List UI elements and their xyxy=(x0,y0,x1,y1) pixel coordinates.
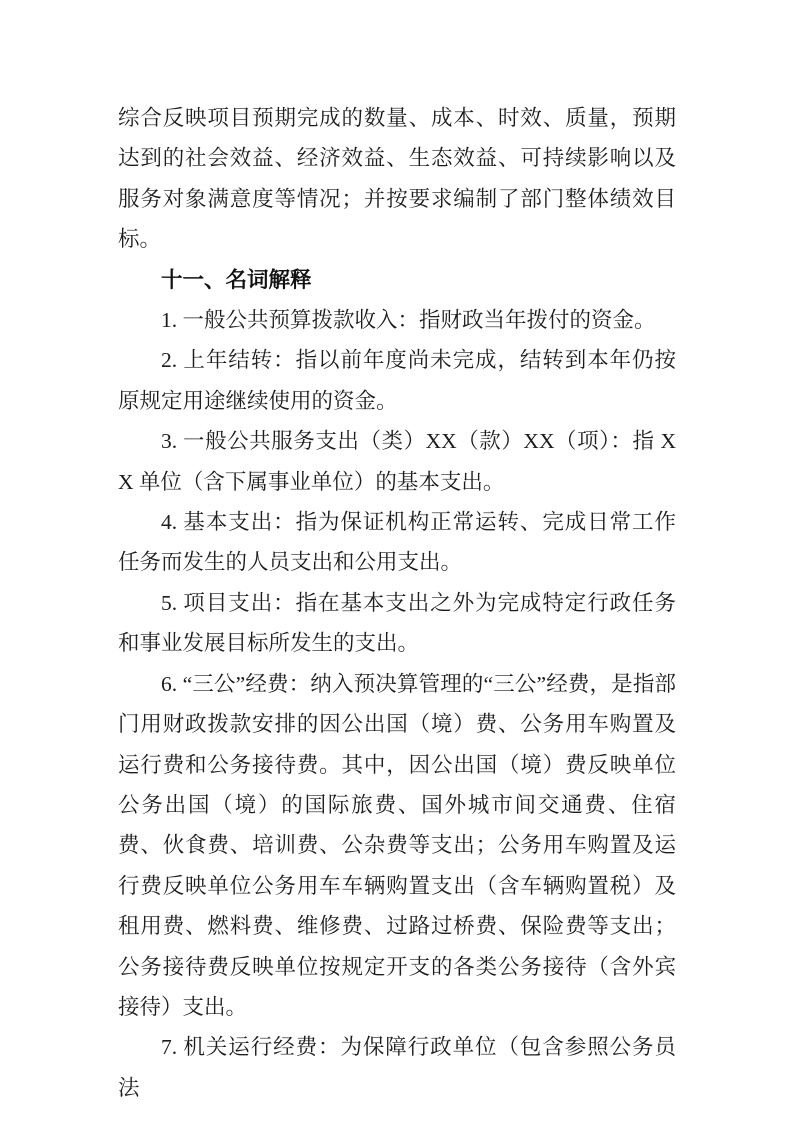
term-definition-7: 7. 机关运行经费：为保障行政单位（包含参照公务员法 xyxy=(118,1027,676,1108)
document-page: 综合反映项目预期完成的数量、成本、时效、质量，预期达到的社会效益、经济效益、生态… xyxy=(0,0,793,1122)
terms-list: 1. 一般公共预算拨款收入：指财政当年拨付的资金。 2. 上年结转：指以前年度尚… xyxy=(118,300,676,1108)
section-heading: 十一、名词解释 xyxy=(118,260,676,300)
term-definition-5: 5. 项目支出：指在基本支出之外为完成特定行政任务和事业发展目标所发生的支出。 xyxy=(118,583,676,664)
continuation-paragraph: 综合反映项目预期完成的数量、成本、时效、质量，预期达到的社会效益、经济效益、生态… xyxy=(118,98,676,260)
term-definition-6: 6. “三公”经费：纳入预决算管理的“三公”经费，是指部门用财政拨款安排的因公出… xyxy=(118,664,676,1028)
term-definition-3: 3. 一般公共服务支出（类）XX（款）XX（项）：指 XX 单位（含下属事业单位… xyxy=(118,421,676,502)
term-definition-4: 4. 基本支出：指为保证机构正常运转、完成日常工作任务而发生的人员支出和公用支出… xyxy=(118,502,676,583)
term-definition-2: 2. 上年结转：指以前年度尚未完成，结转到本年仍按原规定用途继续使用的资金。 xyxy=(118,340,676,421)
page-content: 综合反映项目预期完成的数量、成本、时效、质量，预期达到的社会效益、经济效益、生态… xyxy=(118,98,676,1108)
term-definition-1: 1. 一般公共预算拨款收入：指财政当年拨付的资金。 xyxy=(118,300,676,340)
